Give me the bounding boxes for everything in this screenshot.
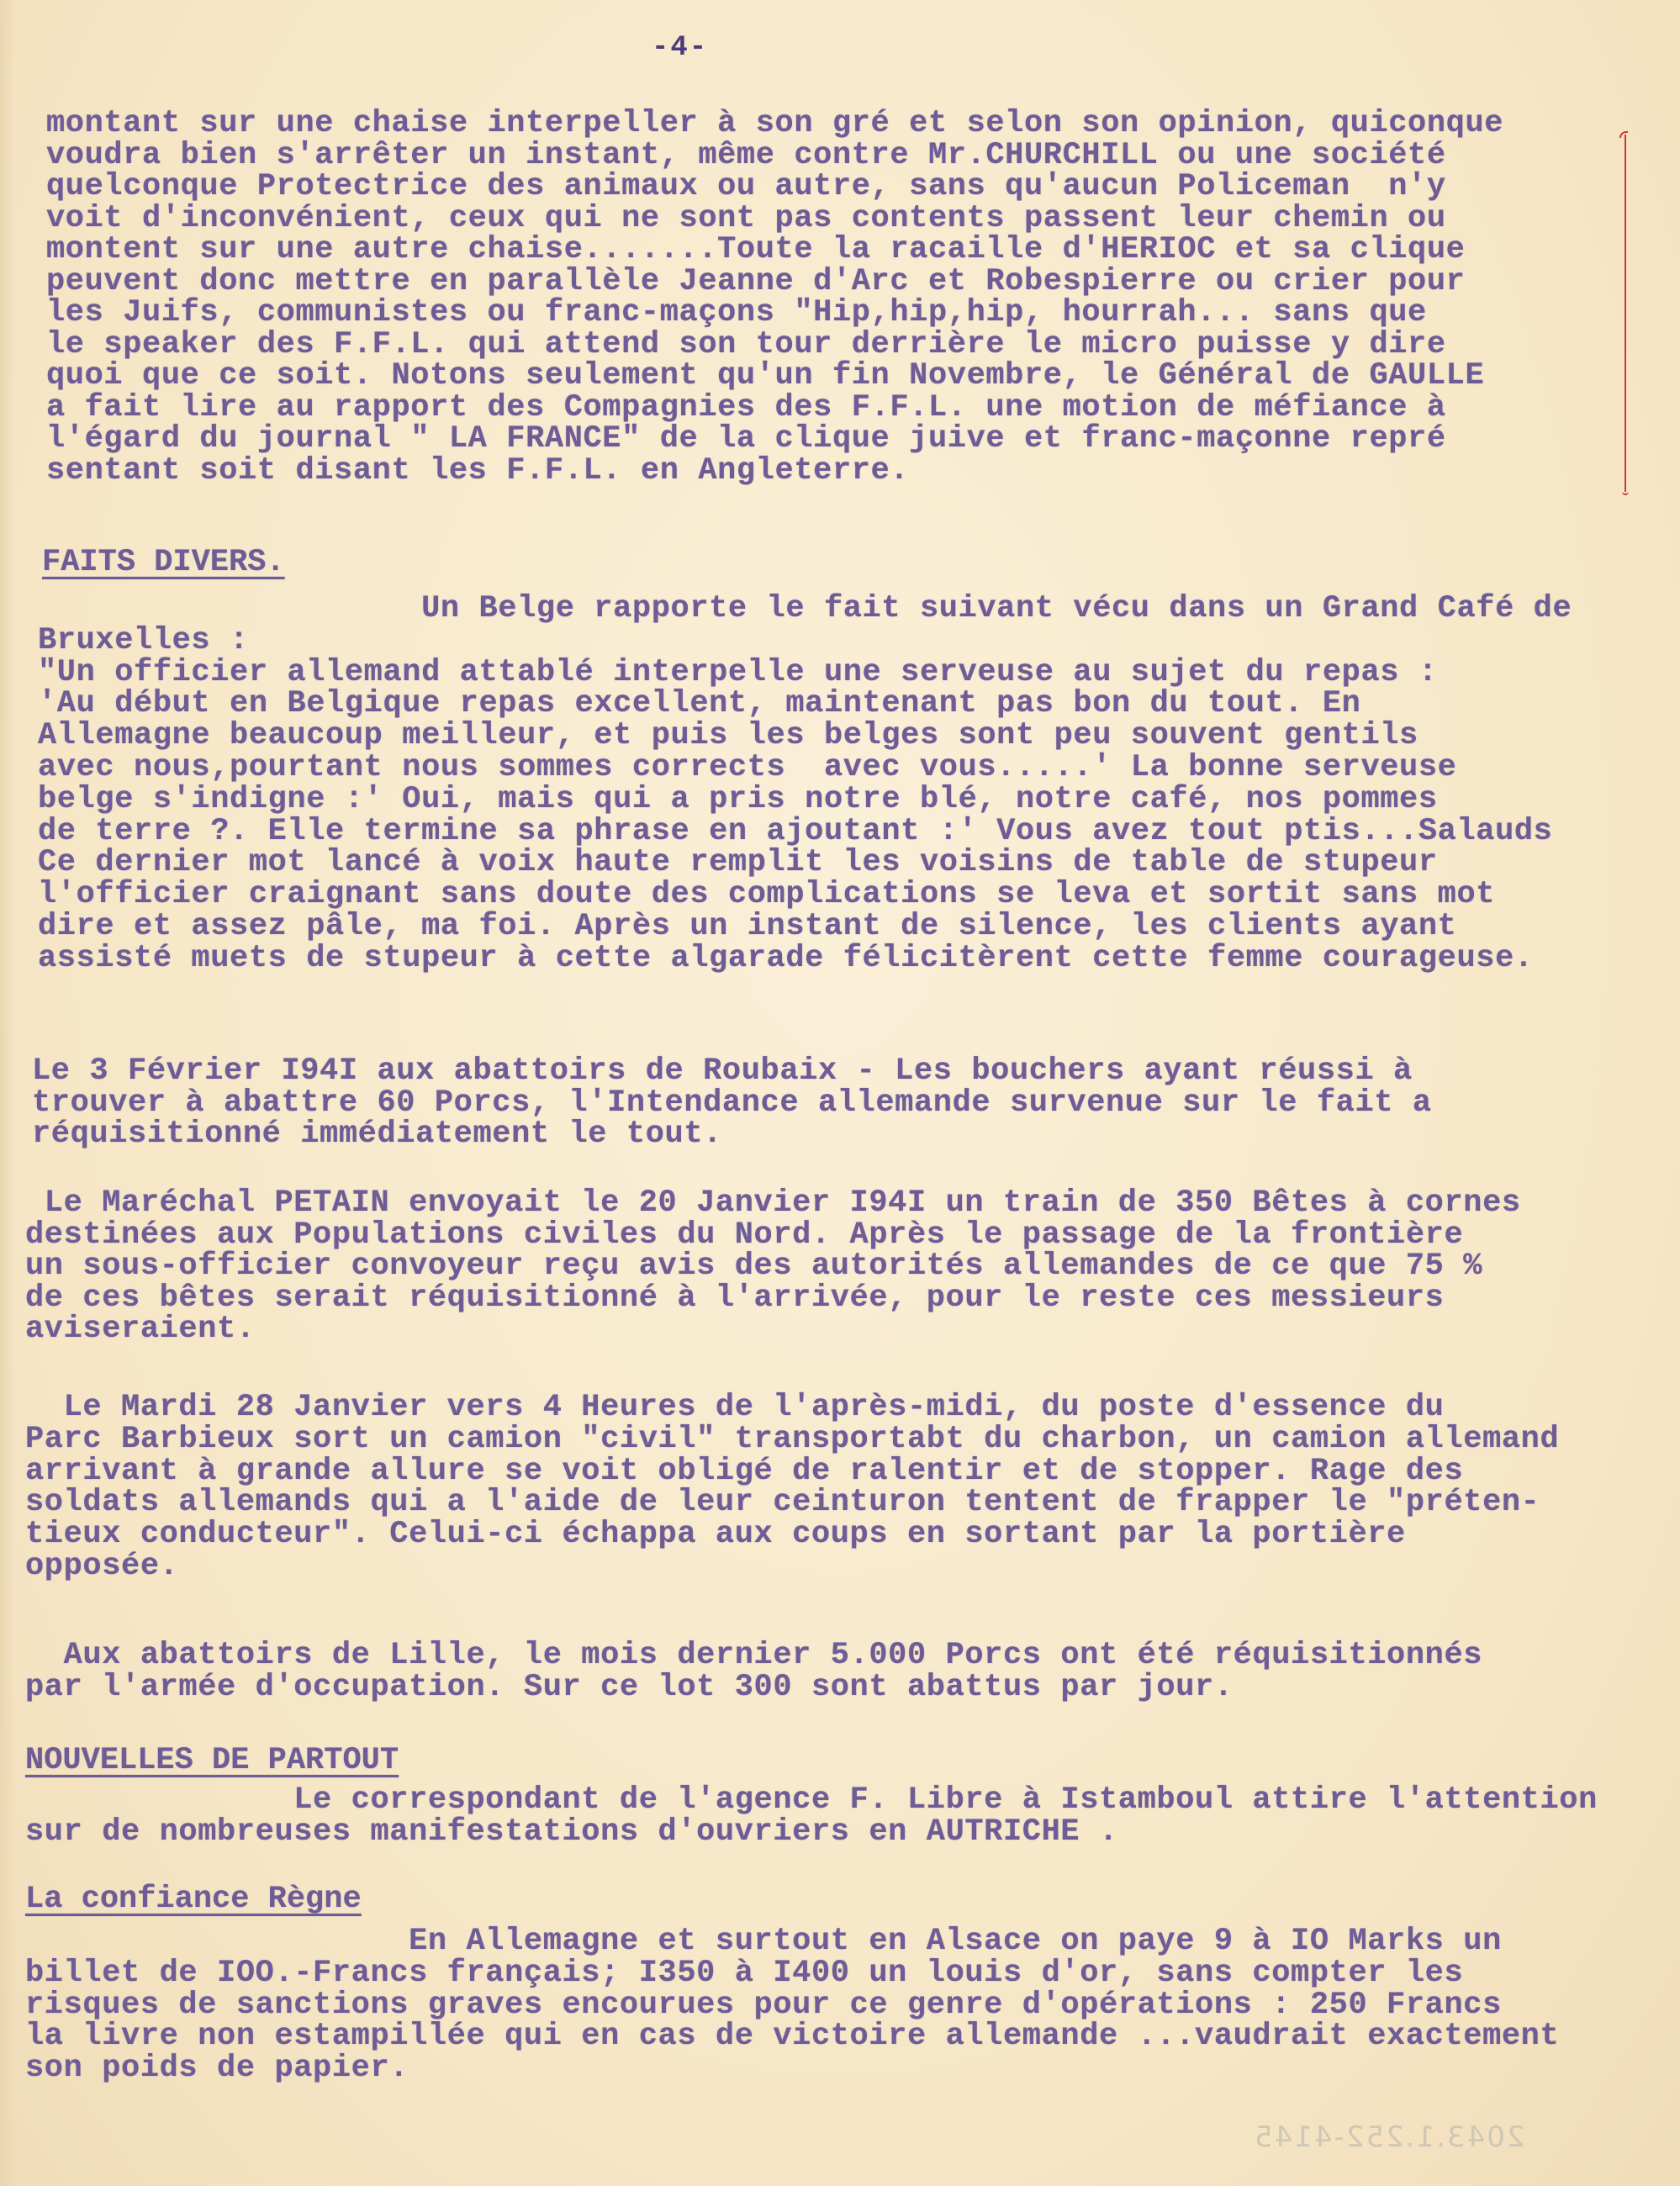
text-line: "Un officier allemand attablé interpelle… [38, 657, 1438, 689]
text-line: peuvent donc mettre en parallèle Jeanne … [46, 266, 1465, 298]
text-line: belge s'indigne :' Oui, mais qui a pris … [38, 784, 1438, 816]
text-line: Un Belge rapporte le fait suivant vécu d… [38, 593, 1572, 625]
text-line: par l'armée d'occupation. Sur ce lot 300… [25, 1671, 1234, 1703]
text-line: billet de IOO.-Francs français; I350 à I… [25, 1957, 1463, 1989]
text-line: destinées aux Populations civiles du Nor… [25, 1219, 1463, 1251]
text-line: opposée. [25, 1550, 178, 1582]
text-line: avec nous,pourtant nous sommes corrects … [38, 752, 1456, 784]
text-line: voit d'inconvénient, ceux qui ne sont pa… [46, 203, 1446, 235]
text-line: son poids de papier. [25, 2052, 409, 2084]
text-line: assisté muets de stupeur à cette algarad… [38, 943, 1534, 974]
heading-nouvelles-de-partout: NOUVELLES DE PARTOUT [25, 1745, 399, 1777]
text-line: Aux abattoirs de Lille, le mois dernier … [25, 1639, 1482, 1671]
text-line: quelconque Protectrice des animaux ou au… [46, 171, 1446, 203]
text-line: soldats allemands qui a l'aide de leur c… [25, 1486, 1540, 1518]
text-line: tieux conducteur". Celui-ci échappa aux … [25, 1518, 1406, 1550]
text-line: a fait lire au rapport des Compagnies de… [46, 392, 1446, 424]
text-line: aviseraient. [25, 1313, 256, 1345]
text-line: de terre ?. Elle termine sa phrase en aj… [38, 816, 1553, 847]
text-line: Le Maréchal PETAIN envoyait le 20 Janvie… [25, 1187, 1521, 1219]
text-line: les Juifs, communistes ou franc-maçons "… [46, 297, 1427, 329]
text-line: Parc Barbieux sort un camion "civil" tra… [25, 1423, 1559, 1455]
text-line: risques de sanctions graves encourues po… [25, 1989, 1502, 2021]
text-line: Allemagne beaucoup meilleur, et puis les… [38, 720, 1418, 752]
text-line: sentant soit disant les F.F.L. en Anglet… [46, 455, 909, 487]
text-line: trouver à abattre 60 Porcs, l'Intendance… [32, 1087, 1432, 1119]
red-margin-bracket [1625, 135, 1626, 492]
text-line: dire et assez pâle, ma foi. Après un ins… [38, 911, 1456, 943]
text-line: de ces bêtes serait réquisitionné à l'ar… [25, 1282, 1444, 1314]
text-line: Ce dernier mot lancé à voix haute rempli… [38, 847, 1438, 879]
page-number: -4- [652, 32, 708, 64]
page-edge [0, 0, 15, 2186]
text-line: voudra bien s'arrêter un instant, même c… [46, 140, 1446, 172]
text-line: l'officier craignant sans doute des comp… [38, 879, 1495, 911]
text-line: montent sur une autre chaise.......Toute… [46, 234, 1465, 266]
text-line: un sous-officier convoyeur reçu avis des… [25, 1250, 1482, 1282]
text-line: Le Mardi 28 Janvier vers 4 Heures de l'a… [25, 1391, 1444, 1423]
text-line: arrivant à grande allure se voit obligé … [25, 1455, 1463, 1487]
text-line: Le correspondant de l'agence F. Libre à … [25, 1784, 1598, 1816]
heading-confiance-regne: La confiance Règne [25, 1883, 362, 1915]
archive-reference-mark: 2043.1.252-4145 [1253, 2120, 1524, 2154]
text-line: 'Au début en Belgique repas excellent, m… [38, 688, 1360, 720]
text-line: la livre non estampillée qui en cas de v… [25, 2020, 1559, 2052]
text-line: quoi que ce soit. Notons seulement qu'un… [46, 360, 1484, 392]
text-line: réquisitionné immédiatement le tout. [32, 1118, 722, 1150]
heading-faits-divers: FAITS DIVERS. [42, 546, 285, 578]
text-line: montant sur une chaise interpeller à son… [46, 108, 1503, 140]
text-line: Bruxelles : [38, 625, 249, 657]
text-line: En Allemagne et surtout en Alsace on pay… [25, 1925, 1502, 1957]
text-line: Le 3 Février I94I aux abattoirs de Rouba… [32, 1055, 1413, 1087]
text-line: sur de nombreuses manifestations d'ouvri… [25, 1816, 1118, 1848]
text-line: le speaker des F.F.L. qui attend son tou… [46, 329, 1446, 361]
text-line: l'égard du journal " LA FRANCE" de la cl… [46, 423, 1446, 455]
